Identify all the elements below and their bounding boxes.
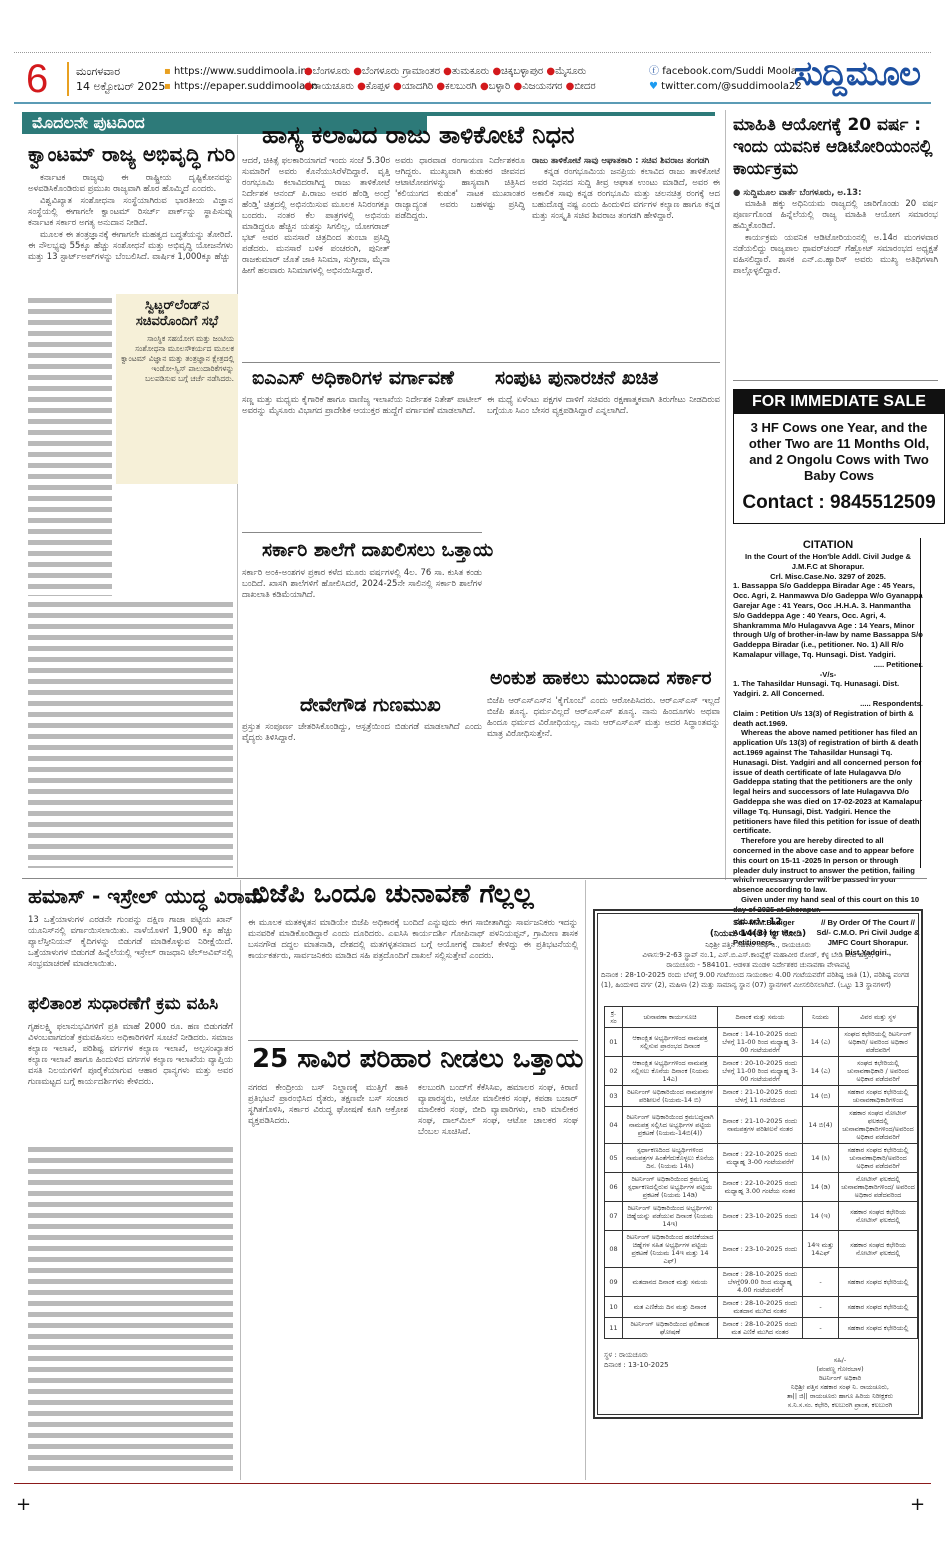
table-row: 08ರಿಟರ್ನಿಂಗ್ ಅಧಿಕಾರಿಯಿಂದ ಹಂಚಿಕೆಯಾದ ಚಿಹ್ನ…: [605, 1231, 918, 1268]
cell: 10: [605, 1297, 623, 1318]
cell: 14 (ಎ): [803, 1028, 839, 1057]
notice-form: ನಮೂನೆ - 12: [598, 916, 918, 928]
citation-claim: Claim : Petition U/s 13(3) of Registrati…: [733, 709, 923, 729]
election-notice-inner: ನಮೂನೆ - 12 (ನಿಯಮ 14(3) ನ್ನು ನೋಡಿ) ನಿಧಿಶ್…: [597, 913, 919, 1415]
notice-place: ಸ್ಥಳ : ರಾಯಚೂರು: [604, 1350, 669, 1360]
paragraph: ಕರ್ನಾಟಕ ರಾಜ್ಯವು ಈ ರಾಷ್ಟ್ರೀಯ ದೃಷ್ಟಿಕೋನವನ್…: [28, 173, 233, 195]
sidebar-box: ಸ್ವಿಟ್ಜರ್‌ಲೆಂಡ್‌ನ ಸಚಿವರೊಂದಿಗೆ ಸಭೆ ಸಾಂಸ್ಥ…: [116, 294, 238, 484]
cell: ಸಹಕಾರ ಸಂಘದ ಕಛೇರಿಯ ನೋಟೀಸ್ ಫಲಕದಲ್ಲಿ: [839, 1202, 918, 1231]
city: ಕಲಬುರಗಿ: [445, 81, 477, 92]
cell: 11: [605, 1318, 623, 1339]
article-raju-col2: ಅವರು ಧಾರವಾಡ ರಂಗಾಯಣ ನಿರ್ದೇಶಕರೂ ಆಗಿದ್ದರು. …: [395, 156, 525, 356]
cell: 02: [605, 1057, 623, 1086]
notice-society: ನಿಧಿಶ್ರೀ ಪತ್ತಿನ ಸಹಕಾರ ಸಂಘ ನಿ., ರಾಯಚೂರು: [598, 940, 918, 950]
cell: 14 (ಸಿ): [803, 1144, 839, 1173]
crop-mark-icon: +: [910, 1496, 925, 1514]
city: ಬಳ್ಳಾರಿ: [489, 81, 511, 92]
article-compensation-col1: ನಗರದ ಕೇಂದ್ರೀಯ ಬಸ್ ನಿಲ್ದಾಣಕ್ಕೆ ಮುತ್ತಿಗೆ ಹ…: [248, 1083, 408, 1473]
cell: ಸ್ಪರ್ಧಾಕಣದಿಂದ ಅಭ್ಯರ್ಥಿಗಳಿಂದ ನಾಮಪತ್ರಗಳ ಹಿ…: [623, 1144, 718, 1173]
day-label: ಮಂಗಳವಾರ: [76, 64, 165, 79]
city: ಬೆಂಗಳೂರು: [313, 66, 350, 77]
headline-compensation: 25 ಸಾವಿರ ಪರಿಹಾರ ನೀಡಲು ಒತ್ತಾಯ: [252, 1045, 583, 1074]
article-hamas-body: 13 ಒತ್ತೆಯಾಳುಗಳ ಎರಡನೇ ಗುಂಪನ್ನು ದಕ್ಷಿಣ ಗಾಜ…: [28, 915, 233, 990]
petitioner-label: ..... Petitioner.: [733, 660, 923, 670]
headline-quantum: ಕ್ವಾಂಟಮ್ ರಾಜ್ಯ ಅಭಿವೃದ್ಧಿ ಗುರಿ: [28, 143, 235, 165]
cell: ಸಂಘದ ಕಛೇರಿಯಲ್ಲಿ ರಿಟರ್ನಿಂಗ್ ಅಧಿಕಾರಿ/ ಅವರಿ…: [839, 1028, 918, 1057]
column-divider: [240, 880, 241, 1480]
bullet-icon: ▪: [164, 81, 171, 92]
sidebar-box-title: ಸ್ವಿಟ್ಜರ್‌ಲೆಂಡ್‌ನ ಸಚಿವರೊಂದಿಗೆ ಸಭೆ: [120, 298, 234, 330]
cell: 06: [605, 1173, 623, 1202]
table-row: 01ಆಕಾಂಕ್ಷಿತ ಅಭ್ಯರ್ಥಿಗಳಿಂದ ನಾಮಪತ್ರ ಸಲ್ಲಿಸ…: [605, 1028, 918, 1057]
masthead: 6 ಮಂಗಳವಾರ 14 ಅಕ್ಟೋಬರ್ 2025 ▪ https://www…: [14, 58, 931, 100]
cell: ದಿನಾಂಕ : 22-10-2025 ರಂದು ಮಧ್ಯಾಹ್ನ 3-00 ಗ…: [718, 1144, 803, 1173]
city: ಬೀದರ: [574, 81, 595, 92]
notice-rule: (ನಿಯಮ 14(3) ನ್ನು ನೋಡಿ): [598, 928, 918, 940]
column-header: ವಿವರ ಮತ್ತು ಸ್ಥಳ: [839, 1007, 918, 1028]
notice-pin: ರಾಯಚೂರು - 584101. ಆಡಳಿತ ಮಂಡಳಿ ನಿರ್ದೇಶಕರ …: [598, 960, 918, 970]
cell: ಸಹಕಾರ ಸಂಘದ ಕಛೇರಿಯಲ್ಲಿ: [839, 1268, 918, 1297]
cell: ದಿನಾಂಕ : 23-10-2025 ರಂದು: [718, 1231, 803, 1268]
cell: ರಿಟರ್ನಿಂಗ್ ಅಧಿಕಾರಿಯಿಂದ ಕ್ರಮಬದ್ಧವಾಗಿ ನಾಮಪ…: [623, 1107, 718, 1144]
article-devegowda-body: ಪ್ರಸ್ತುತ ಸಂಪೂರ್ಣ ಚೇತರಿಸಿಕೊಂಡಿದ್ದು, ಆಸ್ಪತ…: [242, 722, 482, 872]
headline-rti: ಮಾಹಿತಿ ಆಯೋಗಕ್ಕೆ 20 ವರ್ಷ : ಇಂದು ಯವನಿಕ ಆಡಿ…: [733, 114, 938, 180]
subheading: ರಾಜು ತಾಳಿಕೋಟೆ ಸಾವು ಆಘಾತಕಾರಿ : ಸಚಿವ ಶಿವರಾ…: [532, 156, 720, 167]
cell: ದಿನಾಂಕ : 28-10-2025 ರಂದು ಮತದಾನ ಮುಗಿದ ನಂತ…: [718, 1297, 803, 1318]
section-title: ಮೊದಲನೇ ಪುಟದಿಂದ: [22, 113, 145, 132]
article-raju-col1: ಆದರೆ, ಚಿಕಿತ್ಸೆ ಫಲಕಾರಿಯಾಗದೆ ಇಂದು ಸಂಜೆ 5.3…: [242, 156, 390, 356]
citation-therefore: Therefore you are hereby directed to all…: [733, 836, 923, 895]
cell: ರಿಟರ್ನಿಂಗ್ ಅಧಿಕಾರಿಯಿಂದ ಕ್ರಮಬದ್ಧ ಸ್ಪರ್ಧಾಕ…: [623, 1173, 718, 1202]
article-cabinet-body: ಈ ಮಧ್ಯೆ ಏಳೆಂಟು ಪಕ್ಷಗಳ ದಾಳಿಗೆ ಸಚಿವರು ರಕ್ಷ…: [487, 395, 720, 660]
cell: ದಿನಾಂಕ : 22-10-2025 ರಂದು ಮಧ್ಯಾಹ್ನ 3.00 ಗ…: [718, 1173, 803, 1202]
paragraph: ಕನ್ನಡ ರಂಗಭೂಮಿಯ ಜನಪ್ರಿಯ ಕಲಾವಿದ ರಾಜು ತಾಳಿಕ…: [532, 167, 720, 222]
city: ಮೈಸೂರು: [555, 66, 586, 77]
cell: 07: [605, 1202, 623, 1231]
citation-title: CITATION: [733, 538, 923, 552]
cell: ರಿಟರ್ನಿಂಗ್ ಅಧಿಕಾರಿಯಿಂದ ಅಭ್ಯರ್ಥಿಗಳು ಚಿಹ್ನ…: [623, 1202, 718, 1231]
column-header: ಚುನಾವಣಾ ಕಾರ್ಯಸೂಚಿ: [623, 1007, 718, 1028]
election-notice: ನಮೂನೆ - 12 (ನಿಯಮ 14(3) ನ್ನು ನೋಡಿ) ನಿಧಿಶ್…: [593, 909, 923, 1419]
cell: ದಿನಾಂಕ : 21-10-2025 ರಂದು ಬೆಳಗ್ಗೆ 11 ಗಂಟೆ…: [718, 1086, 803, 1107]
classified-ad-sale: FOR IMMEDIATE SALE 3 HF Cows one Year, a…: [733, 389, 945, 524]
cell: ಸಹಕಾರ ಸಂಘದ ಕಛೇರಿಯ ನೋಟೀಸ್ ಫಲಕದಲ್ಲಿ: [839, 1231, 918, 1268]
officer-office-2: ಸ.ನಿ.ಸ.ಸಂ. ಕಛೇರಿ, ಕಲಬುರಗಿ ಪ್ರಾಂತ, ಕಲಬುರಗ…: [770, 1401, 910, 1410]
article-ias-body: ಸಣ್ಣ ಮತ್ತು ಮಧ್ಯಮ ಕೈಗಾರಿಕೆ ಹಾಗೂ ವಾಣಿಜ್ಯ ಇ…: [242, 395, 482, 530]
notice-intro: ದಿನಾಂಕ : 28-10-2025 ರಂದು ಬೆಳಗ್ಗೆ 9.00 ಗಂ…: [598, 970, 918, 990]
headline-raju: ಹಾಸ್ಯ ಕಲಾವಿದ ರಾಜು ತಾಳಿಕೋಟೆ ನಿಧನ: [262, 122, 574, 148]
officer-name: (ಪಂಪಣ್ಣ ಗೋರಬಾಳ): [770, 1365, 910, 1374]
citation-border: [920, 538, 921, 868]
cell: 14 (ಇ): [803, 1202, 839, 1231]
twitter-link[interactable]: twitter.com/@suddimoola22: [661, 81, 802, 92]
date-label: 14 ಅಕ್ಟೋಬರ್ 2025: [76, 79, 165, 94]
cell: ದಿನಾಂಕ : 23-10-2025 ರಂದು: [718, 1202, 803, 1231]
versus: -V/s-: [733, 670, 923, 680]
headline-devegowda: ದೇವೇಗೌಡ ಗುಣಮುಖ: [300, 695, 441, 716]
masthead-divider: [67, 62, 69, 96]
ad-heading: FOR IMMEDIATE SALE: [734, 390, 944, 414]
edition-cities: ●ಬೆಂಗಳೂರು ●ಬೆಂಗಳೂರು ಗ್ರಾಮಾಂತರ ●ತುಮಕೂರು ●…: [304, 64, 664, 94]
cell: 14ಇ ಮತ್ತು 14ಎಫ್: [803, 1231, 839, 1268]
respondent-label: ..... Respondents.: [733, 699, 923, 709]
cell: 01: [605, 1028, 623, 1057]
cell: ನೋಟೀಸ್ ಫಲಕದಲ್ಲಿ ಚುನಾವಣಾಧಿಕಾರಿಗಳಿಂದ/ ಅವರಿ…: [839, 1173, 918, 1202]
citation-respondents: 1. The Tahasildar Hunsagi. Tq. Hunasagi.…: [733, 679, 923, 699]
column-header: ದಿನಾಂಕ ಮತ್ತು ಸಮಯ: [718, 1007, 803, 1028]
notice-address: ವಿಳಾಸ:9-2-63 ಸ್ಟ್ರಾಪ್ ನಂ.1, ಎಸ್.ಬಿ.ಎಸ್.ಕ…: [598, 950, 918, 960]
table-row: 11ರಿಟರ್ನಿಂಗ್ ಅಧಿಕಾರಿಯಿಂದ ಫಲಿತಾಂಶ ಘೋಷಣೆದಿ…: [605, 1318, 918, 1339]
citation-petitioners: 1. Bassappa S/o Gaddeppa Biradar Age : 4…: [733, 581, 923, 659]
top-dotted-rule: [14, 52, 931, 53]
headline-bjp: ಬಿಜೆಪಿ ಒಂದೂ ಚುನಾವಣೆ ಗೆಲ್ಲಲ್ಲ: [252, 880, 534, 909]
bottom-rule: [14, 1483, 931, 1484]
date-block: ಮಂಗಳವಾರ 14 ಅಕ್ಟೋಬರ್ 2025: [76, 64, 165, 94]
cell: ಆಕಾಂಕ್ಷಿತ ಅಭ್ಯರ್ಥಿಗಳಿಂದ ನಾಮಪತ್ರ ಸಲ್ಲಿಸುವ…: [623, 1028, 718, 1057]
cell: ಸಂಘದ ಕಛೇರಿಯಲ್ಲಿ ಚುನಾವಣಾಧಿಕಾರಿ / ಅವರಿಂದ ಅ…: [839, 1057, 918, 1086]
newspaper-logo: ಸುದ್ದಿಮೂಲ: [794, 54, 920, 94]
cell: ದಿನಾಂಕ : 20-10-2025 ರಂದು ಬೆಳಗ್ಗೆ 11-00 ರ…: [718, 1057, 803, 1086]
cell: ಮತ ಎಣಿಕೆಯ ದಿನ ಮತ್ತು ದಿನಾಂಕ: [623, 1297, 718, 1318]
cell: 05: [605, 1144, 623, 1173]
city: ಕೊಪ್ಪಳ: [366, 81, 390, 92]
table-row: 09ಮತದಾನದ ದಿನಾಂಕ ಮತ್ತು ಸಮಯದಿನಾಂಕ : 28-10-…: [605, 1268, 918, 1297]
cell: 04: [605, 1107, 623, 1144]
cell: ಸಹಕಾರ ಸಂಘದ ಕಛೇರಿಯಲ್ಲಿ: [839, 1297, 918, 1318]
paragraph: ಕಾರ್ಯಕ್ರಮ ಯವನಿಕ ಆಡಿಟೋರಿಯಂನಲ್ಲಿ ಅ.14ರ ಮಂಗ…: [733, 233, 938, 277]
headline-cabinet: ಸಂಪುಟ ಪುನಾರಚನೆ ಖಚಿತ: [495, 368, 658, 389]
table-row: 07ರಿಟರ್ನಿಂಗ್ ಅಧಿಕಾರಿಯಿಂದ ಅಭ್ಯರ್ಥಿಗಳು ಚಿಹ…: [605, 1202, 918, 1231]
city: ಯಾದಗಿರಿ: [402, 81, 433, 92]
cell: ಸಹಕಾರ ಸಂಘದ ನೋಟೀಸ್ ಫಲಕದಲ್ಲಿ ಚುನಾವಣಾಧಿಕಾರಿ…: [839, 1107, 918, 1144]
article-school-body: ಸರ್ಕಾರಿ ಅಂಕಿ-ಅಂಶಗಳ ಪ್ರಕಾರ ಕಳೆದ ಮೂರು ವರ್ಷ…: [242, 568, 482, 688]
article-quantum-continued: [28, 296, 112, 596]
column-divider: [237, 135, 238, 877]
cell: -: [803, 1318, 839, 1339]
table-row: 03ರಿಟರ್ನಿಂಗ್ ಅಧಿಕಾರಿಯಿಂದ ನಾಮಪತ್ರಗಳ ಪರಿಶೀ…: [605, 1086, 918, 1107]
cell: 14 (ಡಿ): [803, 1173, 839, 1202]
facebook-icon: ⓕ: [649, 66, 659, 77]
paragraph: ಮಾಹಿತಿ ಹಕ್ಕು ಅಧಿನಿಯಮ ರಾಜ್ಯದಲ್ಲಿ ಜಾರಿಗೊಂಡ…: [733, 199, 938, 232]
ad-contact: Contact : 9845512509: [734, 492, 944, 514]
officer-title: ರಿಟರ್ನಿಂಗ್ ಅಧಿಕಾರಿ: [770, 1374, 910, 1383]
cell: 14 (ಬಿ): [803, 1086, 839, 1107]
city: ಚಿಕ್ಕಬಳ್ಳಾಪುರ: [501, 66, 543, 77]
city: ವಿಜಯನಗರ: [522, 81, 562, 92]
cell: -: [803, 1268, 839, 1297]
cell: ಮತದಾನದ ದಿನಾಂಕ ಮತ್ತು ಸಮಯ: [623, 1268, 718, 1297]
divider: [248, 1040, 578, 1041]
city: ಬೆಂಗಳೂರು ಗ್ರಾಮಾಂತರ: [362, 66, 440, 77]
divider: [733, 380, 938, 381]
table-row: 05ಸ್ಪರ್ಧಾಕಣದಿಂದ ಅಭ್ಯರ್ಥಿಗಳಿಂದ ನಾಮಪತ್ರಗಳ …: [605, 1144, 918, 1173]
officer-office: ತಾ|| ಜಿ|| ರಾಯಚೂರು ಹಾಗೂ ಹಿರಿಯ ನಿರೀಕ್ಷಕರು: [770, 1392, 910, 1401]
article-bjp-body: ಈ ಮೂಲಕ ಮತಕಳ್ಳತನ ಮಾಡಿಯೇ ಬಿಜೆಪಿ ಅಧಿಕಾರಕ್ಕೆ…: [248, 918, 578, 1038]
cell: 03: [605, 1086, 623, 1107]
facebook-link[interactable]: facebook.com/Suddi Moola: [662, 66, 797, 77]
social-links: ⓕ facebook.com/Suddi Moola ♥ twitter.com…: [649, 64, 802, 94]
notice-signature: ಸಹಿ/-: [770, 1356, 910, 1365]
cell: 14 ಬಿ(4): [803, 1107, 839, 1144]
table-row: 10ಮತ ಎಣಿಕೆಯ ದಿನ ಮತ್ತು ದಿನಾಂಕದಿನಾಂಕ : 28-…: [605, 1297, 918, 1318]
article-rti-body: ● ಸುದ್ದಿಮೂಲ ವಾರ್ತೆ ಬೆಂಗಳೂರು, ಅ.13: ಮಾಹಿತ…: [733, 188, 938, 378]
section-band-line: [427, 112, 715, 116]
table-row: 02ಆಕಾಂಕ್ಷಿತ ಅಭ್ಯರ್ಥಿಗಳಿಂದ ನಾಮಪತ್ರ ಸಲ್ಲಿಸ…: [605, 1057, 918, 1086]
cell: -: [803, 1297, 839, 1318]
notice-date: ದಿನಾಂಕ : 13-10-2025: [604, 1360, 669, 1370]
headline-hamas: ಹಮಾಸ್ - ಇಸ್ರೇಲ್ ಯುದ್ಧ ವಿರಾಮ: [28, 885, 264, 907]
cell: ಆಕಾಂಕ್ಷಿತ ಅಭ್ಯರ್ಥಿಗಳಿಂದ ನಾಮಪತ್ರ ಸಲ್ಲಿಸಲು…: [623, 1057, 718, 1086]
header-rule: [14, 102, 931, 104]
divider: [242, 532, 482, 533]
epaper-link[interactable]: https://epaper.suddimoola.in: [174, 81, 318, 92]
article-quantum-continued-2: [28, 600, 233, 868]
table-header-row: ಕ್ರ. ಸಂ ಚುನಾವಣಾ ಕಾರ್ಯಸೂಚಿ ದಿನಾಂಕ ಮತ್ತು ಸ…: [605, 1007, 918, 1028]
citation-court: In the Court of the Hon'ble Addl. Civil …: [733, 552, 923, 572]
officer-society: ನಿಧಿಶ್ರೀ ಪತ್ತಿನ ಸಹಕಾರ ಸಂಘ ನಿ. ರಾಯಚೂರು,: [770, 1383, 910, 1392]
column-header: ನಿಯಮ: [803, 1007, 839, 1028]
cell: ಸಹಕಾರ ಸಂಘದ ಕಛೇರಿಯಲ್ಲಿ: [839, 1318, 918, 1339]
ad-body: 3 HF Cows one Year, and the other Two ar…: [734, 414, 944, 486]
cell: ಸಹಕಾರ ಸಂಘದ ಕಛೇರಿಯಲ್ಲಿ ಚುನಾವಣಾಧಿಕಾರಿಗಳಿಂದ: [839, 1086, 918, 1107]
cell: 08: [605, 1231, 623, 1268]
crop-mark-icon: +: [16, 1496, 31, 1514]
page-number: 6: [26, 58, 48, 100]
twitter-icon: ♥: [649, 81, 658, 92]
article-compensation-col2: ಕಲಬುರಗಿ ಬಂದ್‌ಗೆ ಕೆಕೆಸಿಸಿಐ, ಹಮಾಲರ ಸಂಘ, ಕಿ…: [418, 1083, 578, 1473]
article-quantum-body: ಕರ್ನಾಟಕ ರಾಜ್ಯವು ಈ ರಾಷ್ಟ್ರೀಯ ದೃಷ್ಟಿಕೋನವನ್…: [28, 173, 233, 293]
headline-ankusha: ಅಂಕುಶ ಹಾಕಲು ಮುಂದಾದ ಸರ್ಕಾರ: [490, 668, 712, 689]
column-header: ಕ್ರ. ಸಂ: [605, 1007, 623, 1028]
paragraph: ವಿಶ್ವವಿಖ್ಯಾತ ಸಂಶೋಧನಾ ಸಂಸ್ಥೆಯಾಗಿರುವ ಭಾರತೀ…: [28, 196, 233, 229]
cell: ದಿನಾಂಕ : 14-10-2025 ರಂದು ಬೆಳಗ್ಗೆ 11-00 ರ…: [718, 1028, 803, 1057]
cell: ರಿಟರ್ನಿಂಗ್ ಅಧಿಕಾರಿಯಿಂದ ಫಲಿತಾಂಶ ಘೋಷಣೆ: [623, 1318, 718, 1339]
legal-citation: CITATION In the Court of the Hon'ble Add…: [733, 538, 923, 958]
table-row: 04ರಿಟರ್ನಿಂಗ್ ಅಧಿಕಾರಿಯಿಂದ ಕ್ರಮಬದ್ಧವಾಗಿ ನಾ…: [605, 1107, 918, 1144]
dateline: ● ಸುದ್ದಿಮೂಲ ವಾರ್ತೆ ಬೆಂಗಳೂರು, ಅ.13:: [733, 188, 938, 199]
website-link[interactable]: https://www.suddimoola.in: [174, 66, 307, 77]
headline-result: ಫಲಿತಾಂಶ ಸುಧಾರಣೆಗೆ ಕ್ರಮ ವಹಿಸಿ: [28, 995, 218, 1014]
cell: ದಿನಾಂಕ : 28-10-2025 ರಂದು ಬೆಳಗ್ಗೆ09.00 ರಿ…: [718, 1268, 803, 1297]
cell: 09: [605, 1268, 623, 1297]
column-divider: [585, 880, 586, 1480]
article-ankusha-body: ಬಿಜೆಪಿ ಆರ್‌ಎಸ್‌ಎಸ್‌ನ 'ಕೈಗೊಂಬೆ' ಎಂದು ಆರೋಪ…: [487, 696, 720, 871]
cell: ದಿನಾಂಕ : 28-10-2025 ರಂದು ಮತ ಎಣಿಕೆ ಮುಗಿದ …: [718, 1318, 803, 1339]
cell: ಸಹಕಾರ ಸಂಘದ ಕಛೇರಿಯಲ್ಲಿ ಚುನಾವಣಾಧಿಕಾರಿ/ಅವರಿ…: [839, 1144, 918, 1173]
cell: ರಿಟರ್ನಿಂಗ್ ಅಧಿಕಾರಿಯಿಂದ ಹಂಚಿಕೆಯಾದ ಚಿಹ್ನೆಗ…: [623, 1231, 718, 1268]
bullet-icon: ▪: [164, 66, 171, 77]
headline-ias: ಐಎಎಸ್ ಅಧಿಕಾರಿಗಳ ವರ್ಗಾವಣೆ: [252, 368, 454, 389]
paragraph: ಮೂಲಕ ಈ ತಂತ್ರಜ್ಞಾನಕ್ಕೆ ಈಗಾಗಲೇ ಮಹತ್ವದ ಬದ್ಧ…: [28, 230, 233, 263]
table-row: 06ರಿಟರ್ನಿಂಗ್ ಅಧಿಕಾರಿಯಿಂದ ಕ್ರಮಬದ್ಧ ಸ್ಪರ್ಧ…: [605, 1173, 918, 1202]
citation-case: Crl. Misc.Case.No. 3297 of 2025.: [733, 572, 923, 582]
cell: 14 (ಎ): [803, 1057, 839, 1086]
column-divider: [725, 110, 726, 880]
divider: [242, 362, 720, 363]
sidebar-box-text: ಸಾಂಸ್ಥಿಕ ಸಹಯೋಗ ಮತ್ತು ಜಂಟಿಯ ಸಂಶೋಧನಾ ಮೂಲಸೌ…: [120, 334, 234, 482]
city: ರಾಯಚೂರು: [313, 81, 354, 92]
article-raju-col3: ರಾಜು ತಾಳಿಕೋಟೆ ಸಾವು ಆಘಾತಕಾರಿ : ಸಚಿವ ಶಿವರಾ…: [532, 156, 720, 356]
election-schedule-table: ಕ್ರ. ಸಂ ಚುನಾವಣಾ ಕಾರ್ಯಸೂಚಿ ದಿನಾಂಕ ಮತ್ತು ಸ…: [604, 1006, 918, 1339]
cell: ರಿಟರ್ನಿಂಗ್ ಅಧಿಕಾರಿಯಿಂದ ನಾಮಪತ್ರಗಳ ಪರಿಶೀಲನ…: [623, 1086, 718, 1107]
headline-school: ಸರ್ಕಾರಿ ಶಾಲೆಗೆ ದಾಖಲಿಸಲು ಒತ್ತಾಯ: [262, 540, 493, 561]
article-result-body: ಗೃಹಲಕ್ಷ್ಮಿ ಫಲಾನುಭವಿಗಳಿಗೆ ಪ್ರತಿ ಮಾಹೆ 2000…: [28, 1022, 233, 1142]
city: ತುಮಕೂರು: [452, 66, 489, 77]
citation-whereas: Whereas the above named petitioner has f…: [733, 728, 923, 836]
cell: ದಿನಾಂಕ : 21-10-2025 ರಂದು ನಾಮಪತ್ರಗಳ ಪರಿಶೀ…: [718, 1107, 803, 1144]
article-result-continued: [28, 1145, 233, 1475]
website-links: ▪ https://www.suddimoola.in ▪ https://ep…: [164, 64, 318, 94]
